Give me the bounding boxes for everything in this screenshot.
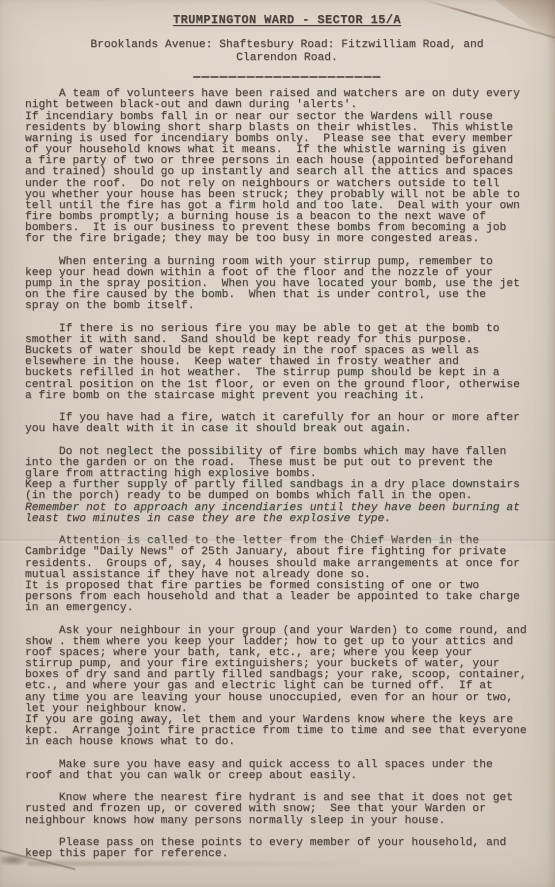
typed-dash-rule bbox=[193, 76, 381, 78]
document-subtitle: Brooklands Avenue: Shaftesbury Road: Fit… bbox=[25, 39, 549, 65]
paragraph-neighbour-group: Ask your neighbour in your group (and yo… bbox=[25, 626, 549, 749]
paragraph-roof-access: Make sure you have easy and quick access… bbox=[25, 760, 549, 782]
bottom-streak-mark bbox=[28, 861, 368, 866]
paragraph-stirrup-pump: When entering a burning room with your s… bbox=[25, 257, 549, 313]
paragraph-garden-fire-bombs: Do not neglect the possibility of fire b… bbox=[25, 447, 549, 503]
paragraph-keep-for-reference: Please pass on these points to every mem… bbox=[25, 838, 549, 860]
note-explosive-type: Remember not to approach any incendiarie… bbox=[25, 503, 549, 525]
document-title: TRUMPINGTON WARD - SECTOR 15/A bbox=[25, 13, 549, 27]
paragraph-chief-warden-letter: Attention is called to the letter from t… bbox=[25, 536, 549, 614]
document-content: TRUMPINGTON WARD - SECTOR 15/A Brookland… bbox=[25, 0, 549, 860]
scanned-document-page: TRUMPINGTON WARD - SECTOR 15/A Brookland… bbox=[0, 0, 555, 887]
paragraph-volunteers-wardens: A team of volunteers have been raised an… bbox=[25, 89, 549, 245]
paragraph-sand-and-buckets: If there is no serious fire you may be a… bbox=[25, 324, 549, 402]
paragraph-watch-after-fire: If you have had a fire, watch it careful… bbox=[25, 413, 549, 435]
paragraph-fire-hydrant: Know where the nearest fire hydrant is a… bbox=[25, 793, 549, 826]
